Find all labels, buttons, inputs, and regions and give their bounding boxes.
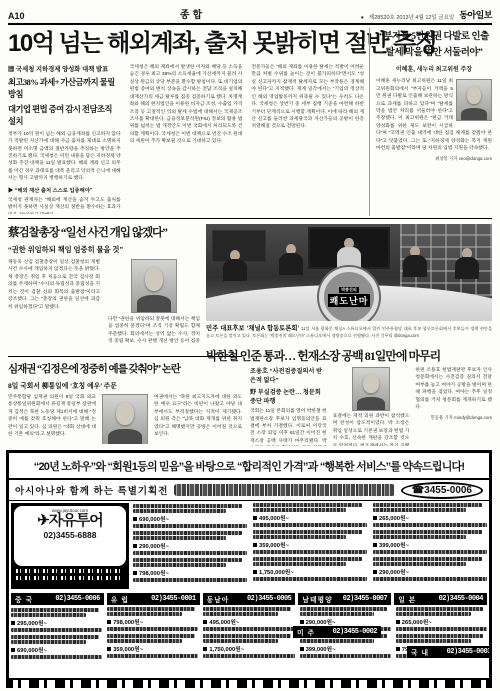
article-shim-column-1: 민주통합당 심재권 의원이 8일 국회 외교통상통일위원회에서 류길재 통일부 … xyxy=(8,394,96,444)
ad-text-noise xyxy=(396,634,484,638)
article-paragraph: 한편 조용호 헌법재판관 후보자 인사청문회에서는 사전검증 질의서 전달 여부… xyxy=(415,367,492,412)
politician-portrait-photo xyxy=(456,79,492,121)
ad-listing-item: 265,000원~ xyxy=(373,503,487,527)
ad-text-noise xyxy=(11,635,99,639)
bullet-square-icon xyxy=(300,647,304,651)
ad-listing-item: 495,000원~ xyxy=(203,607,294,631)
article-prosecutor-headline: 蔡검찰총장 “일선 사건 개입 않겠다” xyxy=(8,224,200,240)
ad-price: 690,000원~ xyxy=(17,645,47,654)
ad-text-noise xyxy=(373,550,487,554)
destination-phone: 02)3455-0007 xyxy=(343,595,387,603)
article-shim-column-2: 여권에서는 “북한 최고지도자에 대한 과도한 예우 요구”라는 비판이 나왔고… xyxy=(154,394,242,444)
ad-text-noise xyxy=(133,531,242,535)
ad-listing-item: 798,000원~ xyxy=(107,607,198,631)
article-prosecutor-subhead: “권한 위임하되 책임 엄중히 물을 것” xyxy=(8,245,200,255)
ad-text-noise xyxy=(107,627,198,631)
bullet-square-icon xyxy=(133,517,137,521)
ad-text-noise xyxy=(253,503,362,507)
bullet-square-icon xyxy=(133,571,137,575)
lead-paragraph: 전문가들은 “해외 계좌를 이용한 탈세는 적발이 어려운 만큼 처벌 수위를 … xyxy=(251,64,364,131)
ad-phone-strip: 일 본 02)3455-0004 xyxy=(394,593,487,605)
ad-text-noise xyxy=(107,634,195,638)
ad-price-row: 690,000원~ xyxy=(133,514,247,523)
ad-text-noise xyxy=(133,578,247,582)
ad-text-noise xyxy=(253,557,362,561)
ad-price-row: 690,000원~ xyxy=(11,645,102,654)
ad-text-noise xyxy=(253,523,367,527)
ad-text-noise xyxy=(373,523,487,527)
ad-price-row: 359,000원~ xyxy=(107,644,198,653)
tv-debate-photo: 박종진의 쾌도난마 xyxy=(206,224,492,321)
bullet-square-icon xyxy=(107,647,111,651)
dateline: ● 제28520호 2013년 4월 12일 금요일 동아일보 xyxy=(361,8,492,21)
ad-listing-item: 798,000원~ xyxy=(133,558,247,582)
lead-article-body: ▦ 국세청 지하경제 양성화 대책 발표 최고38% 과세+ 가산금까지 물릴 … xyxy=(8,64,364,214)
bullet-square-icon xyxy=(253,543,257,547)
destination-label: 유 럽 xyxy=(111,594,129,604)
ad-text-noise xyxy=(300,639,375,643)
destination-label: 국 내 xyxy=(411,647,429,657)
ad-price: 359,000원~ xyxy=(259,540,289,549)
column-divider xyxy=(369,28,370,216)
section-title: 종합 xyxy=(180,6,205,21)
side-byline: 최창봉 기자 ceo@donga.com xyxy=(376,156,492,162)
ad-text-noise xyxy=(253,508,346,512)
ad-text-noise xyxy=(107,612,182,616)
destination-phone: 02)3455-0001 xyxy=(151,595,195,603)
ad-price-row: 798,000원~ xyxy=(133,568,247,577)
judge-portrait-photo xyxy=(352,367,390,411)
lead-subhead-2: 대기업 편법 증여 감시 전담조직 설치 xyxy=(8,104,121,129)
ad-text-noise xyxy=(253,562,346,566)
ad-text-noise xyxy=(11,608,99,612)
bullet-square-icon xyxy=(373,543,377,547)
article-court-column-2: 표결에는 재적 의원 과반이 참석했으며 찬성이 압도적이었다. 박 소장은 취… xyxy=(333,367,410,446)
bullet-square-icon xyxy=(203,647,207,651)
section-rule xyxy=(8,218,492,219)
panelist-figure xyxy=(222,250,248,282)
ad-price-row: 495,000원~ xyxy=(203,617,294,626)
ad-price: 690,000원~ xyxy=(139,514,169,523)
ad-listing-item: 295,000원~ xyxy=(11,608,102,632)
newspaper-page: A10 종합 ● 제28520호 2013년 4월 12일 금요일 동아일보 1… xyxy=(0,0,500,691)
lead-paragraph: 국세청은 해외 계좌에서 발생한 이자와 배당 등 소득을 숨긴 경우 최고 3… xyxy=(130,64,243,146)
lead-column-1: ▦ 국세청 지하경제 양성화 대책 발표 최고38% 과세+ 가산금까지 물릴 … xyxy=(8,64,121,214)
article-court-subhead-1: 조용호 “사전검증질의서 받은적 없다” xyxy=(250,367,327,386)
bullet-square-icon xyxy=(253,570,257,574)
ad-banner-slogan: “20년 노하우”와 “회원1등의 믿음”을 바탕으로 “합리적인 가격”과 “… xyxy=(9,453,489,480)
article-shim: 심재권 “김정은에 정중히 예를 갖춰야” 논란 8일 국회서 柳통일에 ‘호칭… xyxy=(8,356,242,444)
ad-listing-columns-bottom: 295,000원~ 690,000원~ 79 xyxy=(11,607,487,673)
ad-text-noise xyxy=(133,558,242,562)
ad-price-row: 1,750,000원~ xyxy=(253,567,367,576)
article-paragraph: 여권에서는 “북한 최고지도자에 대한 과도한 예우 요구”라는 비판이 나왔고… xyxy=(154,394,242,439)
agency-name: ✈자유투어 xyxy=(14,513,126,530)
lead-subhead-1: 최고38% 과세+ 가산금까지 물릴 방침 xyxy=(8,77,121,102)
ad-listing-item: 359,000원~ xyxy=(253,530,367,554)
ad-phone-strip-america: 미 주 02)3455-0002 xyxy=(293,626,381,638)
article-paragraph: 민주통합당 심재권 의원이 8일 국회 외교통상통일위원회에서 류길재 통일부 … xyxy=(8,394,96,439)
bullet-square-icon xyxy=(300,620,304,624)
ad-listing-item: 399,000원~ xyxy=(373,530,487,554)
ad-text-noise xyxy=(107,654,198,658)
article-shim-subhead: 8일 국회서 柳통일에 ‘호칭 예우’ 주문 xyxy=(8,380,242,390)
bullet-square-icon xyxy=(396,620,400,624)
travel-agency-logo: www.jayutour.com ✈자유투어 02)3455-6888 xyxy=(14,506,126,566)
ad-price: 359,000원~ xyxy=(113,644,143,653)
article-court-headline: 박한철 인준 통과… 헌재소장 공백 81일만에 마무리 xyxy=(206,347,492,364)
destination-label: 중 국 xyxy=(15,594,33,604)
ad-price: 1,750,000원~ xyxy=(209,644,244,653)
article-paragraph: 국회는 11일 본회의를 열어 박한철 헌법재판소장 후보자 임명동의안을 표결… xyxy=(250,408,327,446)
panelist-figure xyxy=(402,246,428,278)
ad-text-noise xyxy=(107,607,195,611)
article-court-column-1: 조용호 “사전검증질의서 받은적 없다” 野 부실검증 논란… 청문회 중단 파… xyxy=(250,367,327,446)
ad-text-noise xyxy=(203,634,291,638)
ad-phone-badge: ☎3455-0006 xyxy=(401,482,483,499)
agency-phone: 02)3455-6888 xyxy=(14,530,126,540)
ad-price-row: 1,750,000원~ xyxy=(203,644,294,653)
panelist-figure xyxy=(454,248,480,280)
ad-listing-item: 265,000원~ xyxy=(396,607,487,631)
ad-price-row: 399,000원~ xyxy=(373,540,487,549)
ad-listing-item: 690,000원~ xyxy=(11,635,102,659)
side-attribution: 이혜훈, 새누리 최고위원 주장 xyxy=(376,64,492,73)
ad-price-row: 290,000원~ xyxy=(133,541,247,550)
ad-text-noise xyxy=(373,557,482,561)
ad-text-noise xyxy=(11,628,102,632)
ad-text-noise xyxy=(373,530,482,534)
ad-text-noise xyxy=(396,639,471,643)
ad-price: 399,000원~ xyxy=(306,644,336,653)
destination-label: 미 주 xyxy=(297,627,315,637)
ad-price: 798,000원~ xyxy=(113,617,143,626)
article-prosecutor-column-2: 다만 “권한을 위임하되 잘못에 대해서는 책임을 엄중히 묻겠다”며 조직 기… xyxy=(108,259,200,344)
panelist-figure xyxy=(278,244,304,276)
shim-portrait-photo xyxy=(102,394,148,444)
ad-text-noise xyxy=(11,613,86,617)
show-logo-circle: 박종진의 쾌도난마 xyxy=(319,267,379,321)
ad-price: 290,000원~ xyxy=(139,541,169,550)
ad-decorative-texture xyxy=(174,484,394,496)
travel-agency-logo-box: www.jayutour.com ✈자유투어 02)3455-6888 xyxy=(11,503,129,589)
article-paragraph: 채동욱 신임 검찰총장이 일선 검찰청의 개별 사건 수사에 개입하지 않겠다는… xyxy=(8,259,100,311)
ad-text-noise xyxy=(203,639,278,643)
bullet-square-icon xyxy=(133,544,137,548)
ad-listing-item: 1,750,000원~ xyxy=(203,634,294,658)
article-shim-body: 민주통합당 심재권 의원이 8일 국회 외교통상통일위원회에서 류길재 통일부 … xyxy=(8,394,242,444)
ad-phone-strip-domestic: 국 내 02)3455-0003 xyxy=(407,646,489,658)
ad-price: 798,000원~ xyxy=(139,568,169,577)
ad-price-row: 798,000원~ xyxy=(107,617,198,626)
ad-text-noise xyxy=(396,627,487,631)
ad-phone-strip: 유 럽 02)3455-0001 xyxy=(107,593,200,605)
side-quote-line-2: 탈세 막을 법안 서둘러야” xyxy=(376,46,492,62)
masthead-logo: 동아일보 xyxy=(459,8,492,21)
ad-price: 290,000원~ xyxy=(379,567,409,576)
lead-paragraph: 정부가 10억 원이 넘는 해외 금융계좌를 신고하지 않다가 적발된 자산가에… xyxy=(8,131,121,183)
show-logo-main: 쾌도난마 xyxy=(328,294,371,307)
article-paragraph: 다만 “권한을 위임하되 잘못에 대해서는 책임을 엄중히 묻겠다”며 조직 기… xyxy=(108,316,200,344)
ad-price: 495,000원~ xyxy=(209,617,239,626)
ad-price-row: 290,000원~ xyxy=(373,567,487,576)
destination-label: 동남아 xyxy=(207,594,230,604)
ad-text-noise xyxy=(133,504,242,508)
travel-ad-block: “20년 노하우”와 “회원1등의 믿음”을 바탕으로 “합리적인 가격”과 “… xyxy=(6,450,492,688)
ad-text-noise xyxy=(300,607,388,611)
lead-column-2: 국세청은 해외 계좌에서 발생한 이자와 배당 등 소득을 숨긴 경우 최고 3… xyxy=(130,64,243,214)
ad-text-noise xyxy=(253,535,346,539)
article-court-subhead-2: 野 부실검증 논란… 청문회 중단 파행 xyxy=(250,388,327,407)
ad-text-noise xyxy=(253,530,362,534)
ad-text-noise xyxy=(373,503,482,507)
ad-fine-print-texture xyxy=(16,569,124,573)
ad-text-noise xyxy=(373,535,466,539)
ad-price-row: 290,000원~ xyxy=(300,617,391,626)
ad-text-noise xyxy=(107,639,182,643)
ad-listings-area: www.jayutour.com ✈자유투어 02)3455-6888 690,… xyxy=(9,501,489,688)
destination-phone: 02)3455-0004 xyxy=(439,595,483,603)
destination-phone: 02)3455-0003 xyxy=(447,648,489,656)
article-paragraph: 표결에는 재적 의원 과반이 참석했으며 찬성이 압도적이었다. 박 소장은 취… xyxy=(333,413,410,446)
ad-text-noise xyxy=(203,627,294,631)
lead-kicker: ▦ 국세청 지하경제 양성화 대책 발표 xyxy=(8,64,121,73)
ad-fine-print-texture xyxy=(16,576,124,580)
ad-text-noise xyxy=(396,612,471,616)
ad-price: 399,000원~ xyxy=(379,540,409,549)
ad-text-noise xyxy=(203,607,291,611)
side-article: “부자들 5만원권 다발로 인출 탈세 막을 법안 서둘러야” 이혜훈, 새누리… xyxy=(376,30,492,216)
ad-text-noise xyxy=(300,612,375,616)
ad-phone-strip: 중 국 02)3455-0006 xyxy=(11,593,104,605)
lead-column-3: 전문가들은 “해외 계좌를 이용한 탈세는 적발이 어려운 만큼 처벌 수위를 … xyxy=(251,64,364,214)
article-prosecutor-column-1: 채동욱 신임 검찰총장이 일선 검찰청의 개별 사건 수사에 개입하지 않겠다는… xyxy=(8,259,100,344)
ad-price: 290,000원~ xyxy=(306,617,336,626)
destination-phone: 02)3455-0005 xyxy=(247,595,291,603)
destination-phone: 02)3455-0002 xyxy=(333,628,377,636)
ad-phone-strip: 남태평양 02)3455-0007 xyxy=(298,593,391,605)
ad-text-noise xyxy=(253,577,367,581)
ad-phone-strip-row: 중 국 02)3455-0006 유 럽 02)3455-0001 동남아 02… xyxy=(11,593,487,605)
ad-text-noise xyxy=(11,655,102,659)
article-prosecutor: 蔡검찰총장 “일선 사건 개입 않겠다” “권한 위임하되 책임 엄중히 물을 … xyxy=(8,224,200,344)
article-shim-headline: 심재권 “김정은에 정중히 예를 갖춰야” 논란 xyxy=(8,361,242,376)
article-prosecutor-body: 채동욱 신임 검찰총장이 일선 검찰청의 개별 사건 수사에 개입하지 않겠다는… xyxy=(8,259,200,344)
ad-text-noise xyxy=(373,577,487,581)
ad-text-noise xyxy=(253,550,367,554)
bullet-square-icon xyxy=(253,516,257,520)
ad-price: 265,000원~ xyxy=(402,617,432,626)
lead-headline: 10억 넘는 해외계좌, 출처 못밝히면 절반 추징 xyxy=(8,31,368,56)
destination-label: 남태평양 xyxy=(302,594,332,604)
ad-text-noise xyxy=(300,654,391,658)
ad-bottom-ticker-bar xyxy=(9,678,489,688)
ad-price-row: 295,000원~ xyxy=(11,618,102,627)
ad-price-row: 359,000원~ xyxy=(253,540,367,549)
bullet-square-icon xyxy=(11,621,15,625)
prosecutor-portrait-photo xyxy=(131,259,177,313)
ad-price: 495,000원~ xyxy=(259,513,289,522)
ad-listing-item: 290,000원~ xyxy=(133,531,247,555)
ad-listing-item: 690,000원~ xyxy=(133,504,247,528)
ad-text-noise xyxy=(203,654,294,658)
ad-promo-title: 아시아나와 함께 하는 특별기획전 xyxy=(15,483,168,497)
article-court-byline: 민동용 기자 mindy@donga.com xyxy=(415,415,492,421)
bullet-square-icon xyxy=(373,516,377,520)
ad-text-noise xyxy=(203,612,278,616)
ad-price-row: 265,000원~ xyxy=(373,513,487,522)
ad-text-noise xyxy=(373,508,466,512)
lead-paragraph: 국세청 관계자는 “해외에 재산을 숨겨 두고도 출처를 밝히지 못하면 사실상… xyxy=(8,197,121,214)
ad-listing-columns-top: 690,000원~ 290,000원~ 79 xyxy=(133,503,487,589)
page-header: A10 종합 ● 제28520호 2013년 4월 12일 금요일 동아일보 xyxy=(8,6,492,21)
ad-listing-item: 359,000원~ xyxy=(107,634,198,658)
ad-text-noise xyxy=(373,562,466,566)
page-number: A10 xyxy=(8,11,25,21)
edition-mark: ● xyxy=(361,15,364,21)
ad-text-noise xyxy=(133,563,226,567)
ad-text-noise xyxy=(133,536,226,540)
ad-listing-item: 290,000원~ xyxy=(373,557,487,581)
bullet-square-icon xyxy=(11,648,15,652)
header-rule xyxy=(8,23,492,25)
show-logo-top: 박종진의 xyxy=(339,287,358,293)
related-article-pointer: ▶ “해외 재산 출처 스스로 입증해야” xyxy=(8,186,121,194)
ad-listing-item: 495,000원~ xyxy=(253,503,367,527)
bullet-square-icon xyxy=(107,620,111,624)
article-court-column-3: 한편 조용호 헌법재판관 후보자 인사청문회에서는 사전검증 질의서 전달 여부… xyxy=(415,367,492,446)
ad-text-noise xyxy=(396,607,484,611)
ad-sub-banner: 아시아나와 함께 하는 특별기획전 ☎3455-0006 xyxy=(9,480,489,501)
ad-price-row: 265,000원~ xyxy=(396,617,487,626)
ad-phone-strip: 동남아 02)3455-0005 xyxy=(203,593,296,605)
edition-text: 제28520호 2013년 4월 12일 금요일 xyxy=(369,13,454,21)
photo-caption-lead: 민주 대표후보 ‘채널A 합동토론회’ xyxy=(206,325,299,332)
host-figure xyxy=(336,238,362,270)
ad-price: 295,000원~ xyxy=(17,618,47,627)
ad-price-row: 399,000원~ xyxy=(300,644,391,653)
destination-phone: 02)3455-0006 xyxy=(55,595,99,603)
bullet-square-icon xyxy=(373,570,377,574)
ad-price: 265,000원~ xyxy=(379,513,409,522)
bullet-square-icon xyxy=(396,647,400,651)
bullet-square-icon xyxy=(203,620,207,624)
ad-text-noise xyxy=(11,640,86,644)
photo-caption: 민주 대표후보 ‘채널A 합동토론회’11일 서울 광화문 채널A 스튜디오에서… xyxy=(206,324,492,344)
ad-text-noise xyxy=(133,551,247,555)
side-quote-line-1: “부자들 5만원권 다발로 인출 xyxy=(376,30,492,46)
ad-text-noise xyxy=(133,509,226,513)
destination-label: 일 본 xyxy=(398,594,416,604)
ad-text-noise xyxy=(133,524,247,528)
ad-listing-item: 1,750,000원~ xyxy=(253,557,367,581)
article-court-body: 조용호 “사전검증질의서 받은적 없다” 野 부실검증 논란… 청문회 중단 파… xyxy=(250,367,492,446)
ad-price: 1,750,000원~ xyxy=(259,567,294,576)
ad-price-row: 495,000원~ xyxy=(253,513,367,522)
